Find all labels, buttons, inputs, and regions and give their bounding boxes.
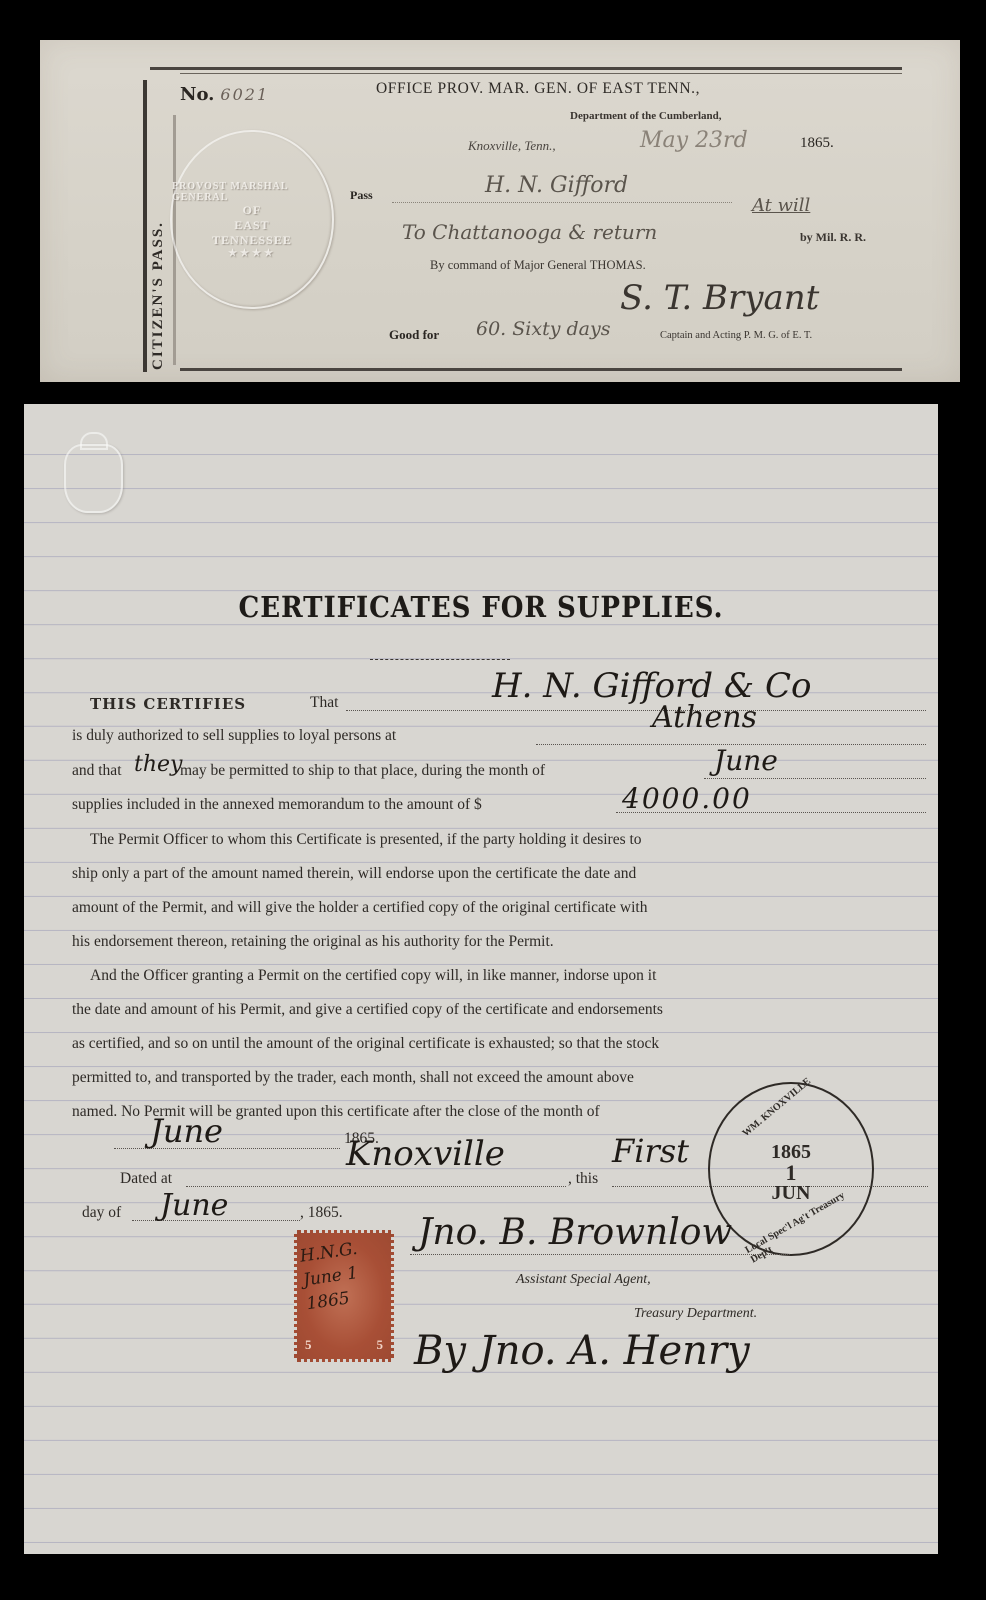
revenue-stamp-value-left: 5 [305, 1337, 312, 1353]
paragraph-line: ship only a part of the amount named the… [72, 865, 636, 883]
captain-title: Captain and Acting P. M. G. of E. T. [660, 330, 812, 341]
paragraph-line: permitted to, and transported by the tra… [72, 1069, 634, 1087]
paragraph-line: The Permit Officer to whom this Certific… [90, 831, 642, 849]
postmark-arc-top: WM. KNOXVILLE [740, 1076, 813, 1139]
dated-at-handwritten: Knoxville [346, 1134, 505, 1174]
seal-state-text: TENNESSEE [212, 233, 292, 248]
pass-at-will: At will [752, 195, 810, 216]
certificate-for-supplies-document: CERTIFICATES FOR SUPPLIES. THIS CERTIFIE… [24, 404, 938, 1554]
by-military-railroad: by Mil. R. R. [800, 230, 866, 245]
issue-year: 1865. [800, 135, 834, 152]
seal-of-text: OF [243, 203, 262, 218]
close-month-handwritten: June [150, 1112, 223, 1150]
citizens-pass-document: CITIZEN'S PASS. No.6021 OFFICE PROV. MAR… [40, 40, 960, 382]
embossed-crest-icon [64, 444, 123, 513]
agent-signature: Jno. B. Brownlow [418, 1212, 732, 1253]
holder-line [346, 710, 926, 711]
location-handwritten: Athens [652, 700, 757, 735]
close-month-line [114, 1148, 340, 1149]
seal-arc-text: PROVOST MARSHAL GENERAL [172, 181, 332, 203]
day-of-year: , 1865. [300, 1204, 343, 1222]
paragraph-line: the date and amount of his Permit, and g… [72, 1001, 663, 1019]
good-for-label: Good for [389, 327, 439, 343]
pass-destination: To Chattanooga & return [402, 220, 657, 244]
citizens-pass-label: CITIZEN'S PASS. [150, 90, 167, 370]
treasury-department-label: Treasury Department. [634, 1306, 757, 1322]
bottom-border-rule [180, 368, 902, 371]
office-heading: OFFICE PROV. MAR. GEN. OF EAST TENN., [376, 80, 700, 98]
pass-holder-name: H. N. Gifford [485, 173, 628, 198]
good-for-value: 60. Sixty days [476, 318, 610, 340]
day-of-label: day of [82, 1204, 121, 1222]
paragraph-line: his endorsement thereon, retaining the o… [72, 933, 554, 951]
authorized-text: is duly authorized to sell supplies to l… [72, 727, 396, 745]
pass-number-value: 6021 [220, 85, 269, 104]
month-line [704, 778, 926, 779]
signature-line [410, 1254, 790, 1255]
department-subheading: Department of the Cumberland, [570, 110, 722, 122]
treasury-postmark-stamp: WM. KNOXVILLE 1865 1 JUN Local Spec'l Ag… [708, 1082, 874, 1256]
by-signature: By Jno. A. Henry [414, 1328, 750, 1374]
pass-name-line [392, 202, 732, 203]
amount-text: supplies included in the annexed memoran… [72, 796, 482, 814]
issue-place: Knoxville, Tenn., [468, 138, 556, 154]
pass-signature: S. T. Bryant [620, 278, 819, 318]
certificate-title: CERTIFICATES FOR SUPPLIES. [70, 590, 893, 624]
and-that-label: and that [72, 762, 122, 780]
seal-stars-icon: ★★★★ [228, 248, 276, 259]
amount-handwritten: 4000.00 [622, 782, 752, 815]
paragraph-line: amount of the Permit, and will give the … [72, 899, 647, 917]
top-border-rule-thin [180, 73, 902, 74]
revenue-stamp: H.N.G. June 1 1865 5 5 [294, 1230, 394, 1362]
this-label: , this [568, 1170, 598, 1188]
crest-crown-icon [80, 432, 108, 450]
dated-at-label: Dated at [120, 1170, 172, 1188]
paragraph-line: And the Officer granting a Permit on the… [90, 967, 656, 985]
left-border-rule [143, 80, 147, 372]
ship-permission-text: may be permitted to ship to that place, … [180, 762, 545, 780]
that-label: That [310, 694, 338, 712]
seal-east-text: EAST [234, 218, 269, 233]
issue-date-handwritten: May 23rd [640, 128, 748, 153]
pass-label: Pass [350, 188, 373, 203]
revenue-stamp-value-right: 5 [377, 1337, 384, 1353]
day-handwritten: First [612, 1132, 689, 1170]
revenue-stamp-cancel: H.N.G. June 1 1865 [298, 1234, 387, 1316]
this-certifies-label: THIS CERTIFIES [90, 695, 246, 713]
day-of-handwritten: June [160, 1188, 228, 1223]
pass-number-label: No. [180, 84, 214, 105]
they-handwritten: they [134, 752, 182, 777]
command-line: By command of Major General THOMAS. [430, 258, 646, 273]
title-ornament-divider [370, 659, 510, 660]
postmark-month: JUN [772, 1182, 811, 1205]
agent-title: Assistant Special Agent, [516, 1272, 651, 1288]
pass-number: No.6021 [180, 84, 269, 105]
postmark-day: 1 [786, 1164, 797, 1182]
top-border-rule [150, 67, 902, 70]
provost-marshal-seal-icon: PROVOST MARSHAL GENERAL OF EAST TENNESSE… [170, 130, 334, 309]
month-handwritten: June [714, 744, 778, 777]
dated-at-line [186, 1186, 566, 1187]
paragraph-line: as certified, and so on until the amount… [72, 1035, 659, 1053]
